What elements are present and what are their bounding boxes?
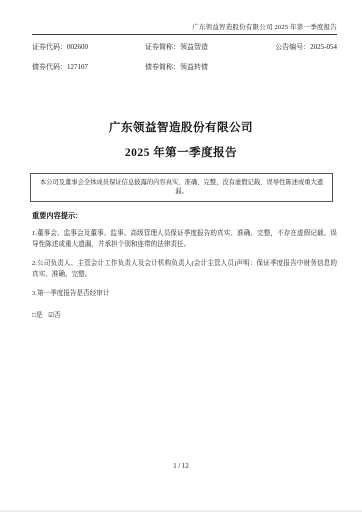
page-number: 1 / 12	[0, 463, 362, 470]
announcement-number: 公告编号：2025-054	[267, 42, 337, 52]
important-notice-heading: 重要内容提示：	[32, 211, 337, 221]
checkbox-no-checked: ☑否	[48, 312, 61, 319]
stock-code: 证券代码：002600	[32, 42, 145, 52]
board-declaration-box: 本公司及董事会全体成员保证信息披露的内容真实、准确、完整，没有虚假记载、误导性陈…	[30, 173, 333, 202]
bond-code: 债券代码：127107	[32, 62, 145, 72]
bond-name: 债券简称：领益转债	[145, 62, 267, 72]
notice-item-2: 2.公司负责人、主管会计工作负责人及会计机构负责人(会计主管人员)声明：保证季度…	[32, 258, 337, 281]
company-name-title: 广东领益智造股份有限公司	[0, 119, 362, 135]
empty-cell	[267, 62, 337, 72]
report-title: 2025 年第一季度报告	[0, 144, 362, 160]
running-header: 广东领益智造股份有限公司 2025 年第一季度报告	[32, 22, 337, 35]
checkbox-yes: □是	[32, 312, 43, 319]
stock-name: 证券简称：领益智造	[145, 42, 267, 52]
notice-item-3: 3.第一季度报告是否经审计	[32, 288, 337, 300]
notice-item-1: 1.董事会、监事会及董事、监事、高级管理人员保证季度报告的真实、准确、完整，不存…	[32, 228, 337, 251]
bond-info-row: 债券代码：127107 债券简称：领益转债	[32, 62, 337, 72]
report-page: 广东领益智造股份有限公司 2025 年第一季度报告 证券代码：002600 证券…	[0, 0, 362, 512]
securities-info-row: 证券代码：002600 证券简称：领益智造 公告编号：2025-054	[32, 42, 337, 52]
audit-answer-row: □是 ☑否	[32, 309, 337, 319]
